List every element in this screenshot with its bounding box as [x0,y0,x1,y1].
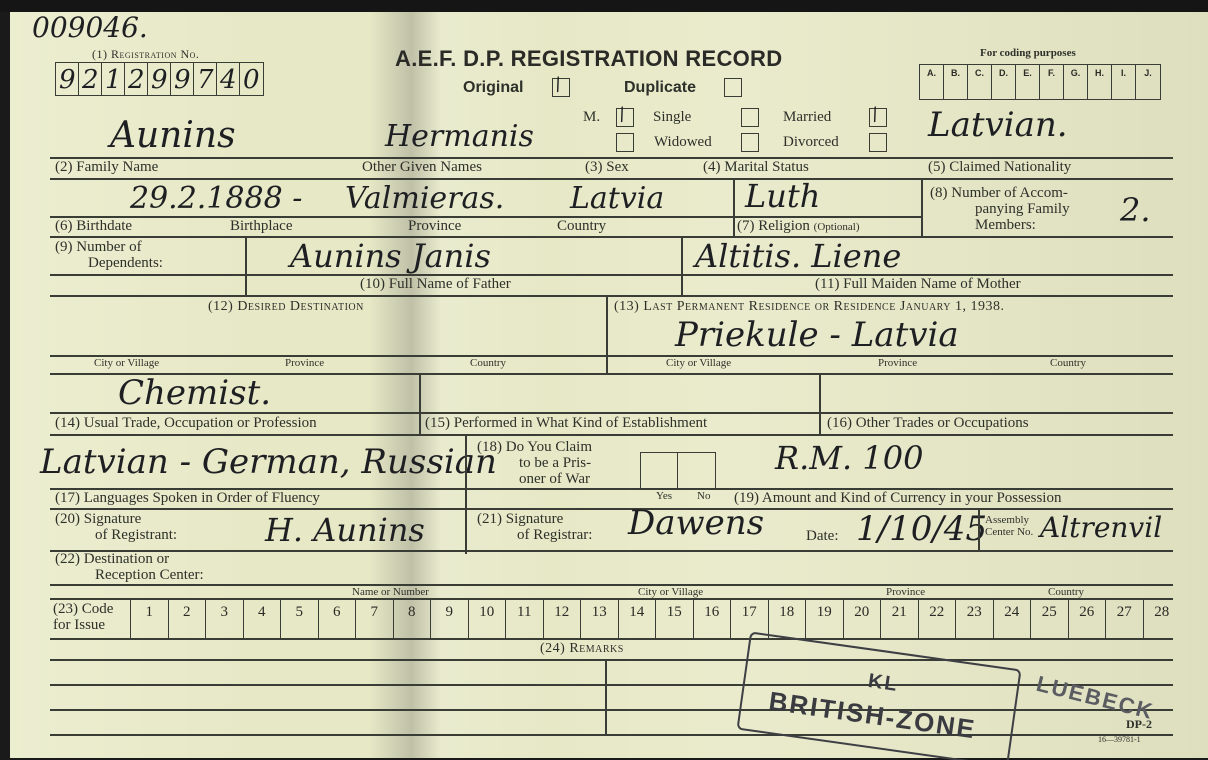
registration-label: (1) Registration No. [92,48,199,60]
duplicate-label: Duplicate [624,80,696,96]
dest-city-label: City or Village [94,358,159,369]
divider [50,508,1173,510]
remarks-label: (24) Remarks [540,642,624,656]
divider [50,178,1173,180]
divider [921,178,923,236]
establishment-label: (15) Performed in What Kind of Establish… [425,416,707,431]
assembly-center-label: Assembly Center No. [985,514,1033,538]
issue-province-label: Province [886,587,925,598]
religion-label: (7) Religion (Optional) [737,219,859,234]
divider [50,638,1173,640]
pow-no-label: No [697,491,710,502]
coding-cells: A.B.C.D.E.F.G.H.I.J. [919,64,1161,100]
marital-married-label: Married [783,110,831,125]
dependents-label: (9) Number of Dependents: [55,240,163,272]
dest-province-label: Province [285,358,324,369]
residence-province-label: Province [878,358,917,369]
province-label: Province [408,219,461,234]
marital-status-label: (4) Marital Status [703,160,809,175]
registrar-signature-label: (21) Signature of Registrar: [477,512,592,544]
desired-destination-label: (12) Desired Destination [208,300,364,314]
given-names-label: Other Given Names [362,160,482,175]
divider [50,550,1173,552]
divider [978,508,980,550]
accompanying-family-label: (8) Number of Accom- panying Family Memb… [930,186,1070,233]
currency-label: (19) Amount and Kind of Currency in your… [734,491,1061,506]
occupation-value[interactable]: Chemist. [118,376,271,410]
divider [245,236,247,296]
form-id: DP-2 [1126,718,1152,730]
divider [681,236,683,296]
coding-label: For coding purposes [980,48,1076,59]
family-name-label: (2) Family Name [55,160,158,175]
issue-city-label: City or Village [638,587,703,598]
nationality-label: (5) Claimed Nationality [928,160,1071,175]
marital-widowed-checkbox[interactable] [741,133,759,152]
registrar-signature-value[interactable]: Dawens [628,506,764,540]
issue-country-label: Country [1048,587,1084,598]
issue-name-label: Name or Number [352,587,429,598]
sex-m-label: M. [583,110,600,125]
religion-value[interactable]: Luth [745,180,820,212]
marital-divorced-checkbox[interactable] [869,133,887,152]
registration-number-cells: 9 2 1 2 9 9 7 4 0 [55,62,264,96]
print-code: 16—39781-1 [1098,736,1141,744]
divider [50,412,1173,414]
divider [733,178,735,236]
other-trades-label: (16) Other Trades or Occupations [827,416,1029,431]
last-residence-value[interactable]: Priekule - Latvia [675,318,959,352]
divider [419,373,421,435]
birthplace-value[interactable]: Valmieras. [345,184,504,214]
remarks-line [50,659,1173,661]
destination-center-label: (22) Destination or Reception Center: [55,552,204,584]
languages-value[interactable]: Latvian - German, Russian [40,445,497,479]
sex-m-checkbox[interactable]: / [616,108,634,127]
divider [605,659,607,735]
original-label: Original [463,80,523,96]
file-number: 009046. [32,14,148,42]
date-value[interactable]: 1/10/45 [856,512,987,546]
mother-name-value[interactable]: Altitis. Liene [695,240,901,272]
birthplace-label: Birthplace [230,219,292,234]
pow-no-box[interactable] [677,452,716,490]
divider [50,295,1173,297]
divider [606,295,608,375]
birthdate-value[interactable]: 29.2.1888 - [130,184,302,214]
marital-single-label: Single [653,110,691,125]
mother-name-label: (11) Full Maiden Name of Mother [815,277,1021,292]
marital-single-checkbox[interactable] [741,108,759,127]
sex-f-checkbox[interactable] [616,133,634,152]
family-name-value[interactable]: Aunins [110,118,236,154]
residence-country-label: Country [1050,358,1086,369]
marital-married-checkbox[interactable]: / [869,108,887,127]
pow-yes-label: Yes [656,491,672,502]
duplicate-checkbox[interactable] [724,78,742,97]
pow-label: (18) Do You Claim to be a Pris- oner of … [477,440,592,487]
date-label: Date: [806,529,838,544]
marital-divorced-label: Divorced [783,135,839,150]
currency-value[interactable]: R.M. 100 [775,442,923,474]
last-residence-label: (13) Last Permanent Residence or Residen… [614,300,1005,314]
sex-label: (3) Sex [585,160,629,175]
original-checkbox[interactable]: / [552,78,570,97]
scan-border [0,0,1208,12]
pow-yes-box[interactable] [640,452,678,490]
divider [50,584,1173,586]
father-name-label: (10) Full Name of Father [360,277,511,292]
code-for-issue-label: (23) Code for Issue [53,602,113,634]
birthdate-label: (6) Birthdate [55,219,132,234]
father-name-value[interactable]: Aunins Janis [290,240,491,272]
dest-country-label: Country [470,358,506,369]
nationality-value[interactable]: Latvian. [928,108,1068,142]
registrant-signature-value[interactable]: H. Aunins [265,514,425,546]
divider [50,355,1173,357]
code-for-issue-cells: 1234567891011121314151617181920212223242… [130,600,1180,638]
residence-city-label: City or Village [666,358,731,369]
marital-widowed-label: Widowed [654,135,712,150]
given-names-value[interactable]: Hermanis [385,122,534,152]
accompanying-family-value[interactable]: 2. [1120,194,1151,226]
registrant-signature-label: (20) Signature of Registrant: [55,512,177,544]
divider [819,373,821,435]
assembly-center-value[interactable]: Altrenvil [1040,514,1162,542]
occupation-label: (14) Usual Trade, Occupation or Professi… [55,416,317,431]
divider [465,434,467,554]
document-title: A.E.F. D.P. REGISTRATION RECORD [395,46,782,72]
stamp-kl: KL [867,670,901,697]
languages-label: (17) Languages Spoken in Order of Fluenc… [55,491,320,506]
divider [50,236,1173,238]
country-label: Country [557,219,606,234]
divider [50,434,1173,436]
country-value[interactable]: Latvia [570,184,664,214]
